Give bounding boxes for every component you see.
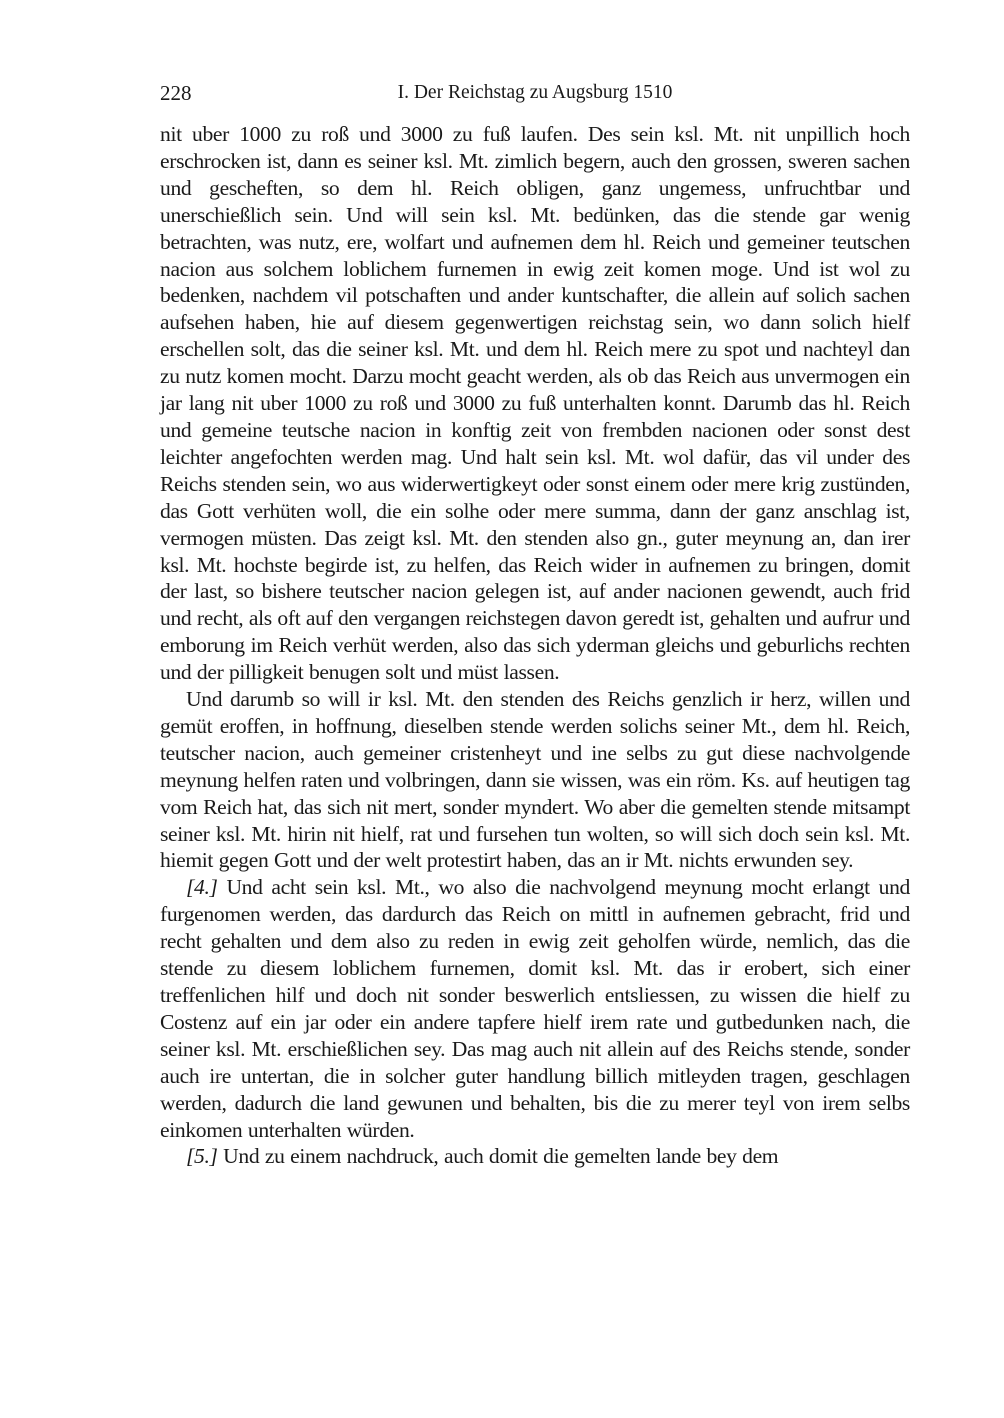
paragraph-text: nit uber 1000 zu roß und 3000 zu fuß lau…	[160, 122, 910, 684]
running-title: I. Der Reichstag zu Augsburg 1510	[160, 78, 910, 108]
paragraph-text: Und acht sein ksl. Mt., wo also die nach…	[160, 875, 910, 1141]
document-page: 228 I. Der Reichstag zu Augsburg 1510 ni…	[160, 78, 910, 1170]
paragraph-text: Und darumb so will ir ksl. Mt. den stend…	[160, 687, 910, 872]
body-text: nit uber 1000 zu roß und 3000 zu fuß lau…	[160, 121, 910, 1170]
paragraph-4: [4.] Und acht sein ksl. Mt., wo also die…	[160, 874, 910, 1143]
running-head: 228 I. Der Reichstag zu Augsburg 1510	[160, 78, 910, 108]
paragraph-5: [5.] Und zu einem nachdruck, auch domit …	[160, 1143, 910, 1170]
paragraph-continuation: nit uber 1000 zu roß und 3000 zu fuß lau…	[160, 121, 910, 686]
paragraph-text: Und zu einem nachdruck, auch domit die g…	[223, 1144, 778, 1168]
paragraph: Und darumb so will ir ksl. Mt. den stend…	[160, 686, 910, 874]
paragraph-number: [5.]	[186, 1144, 218, 1168]
paragraph-number: [4.]	[186, 875, 218, 899]
